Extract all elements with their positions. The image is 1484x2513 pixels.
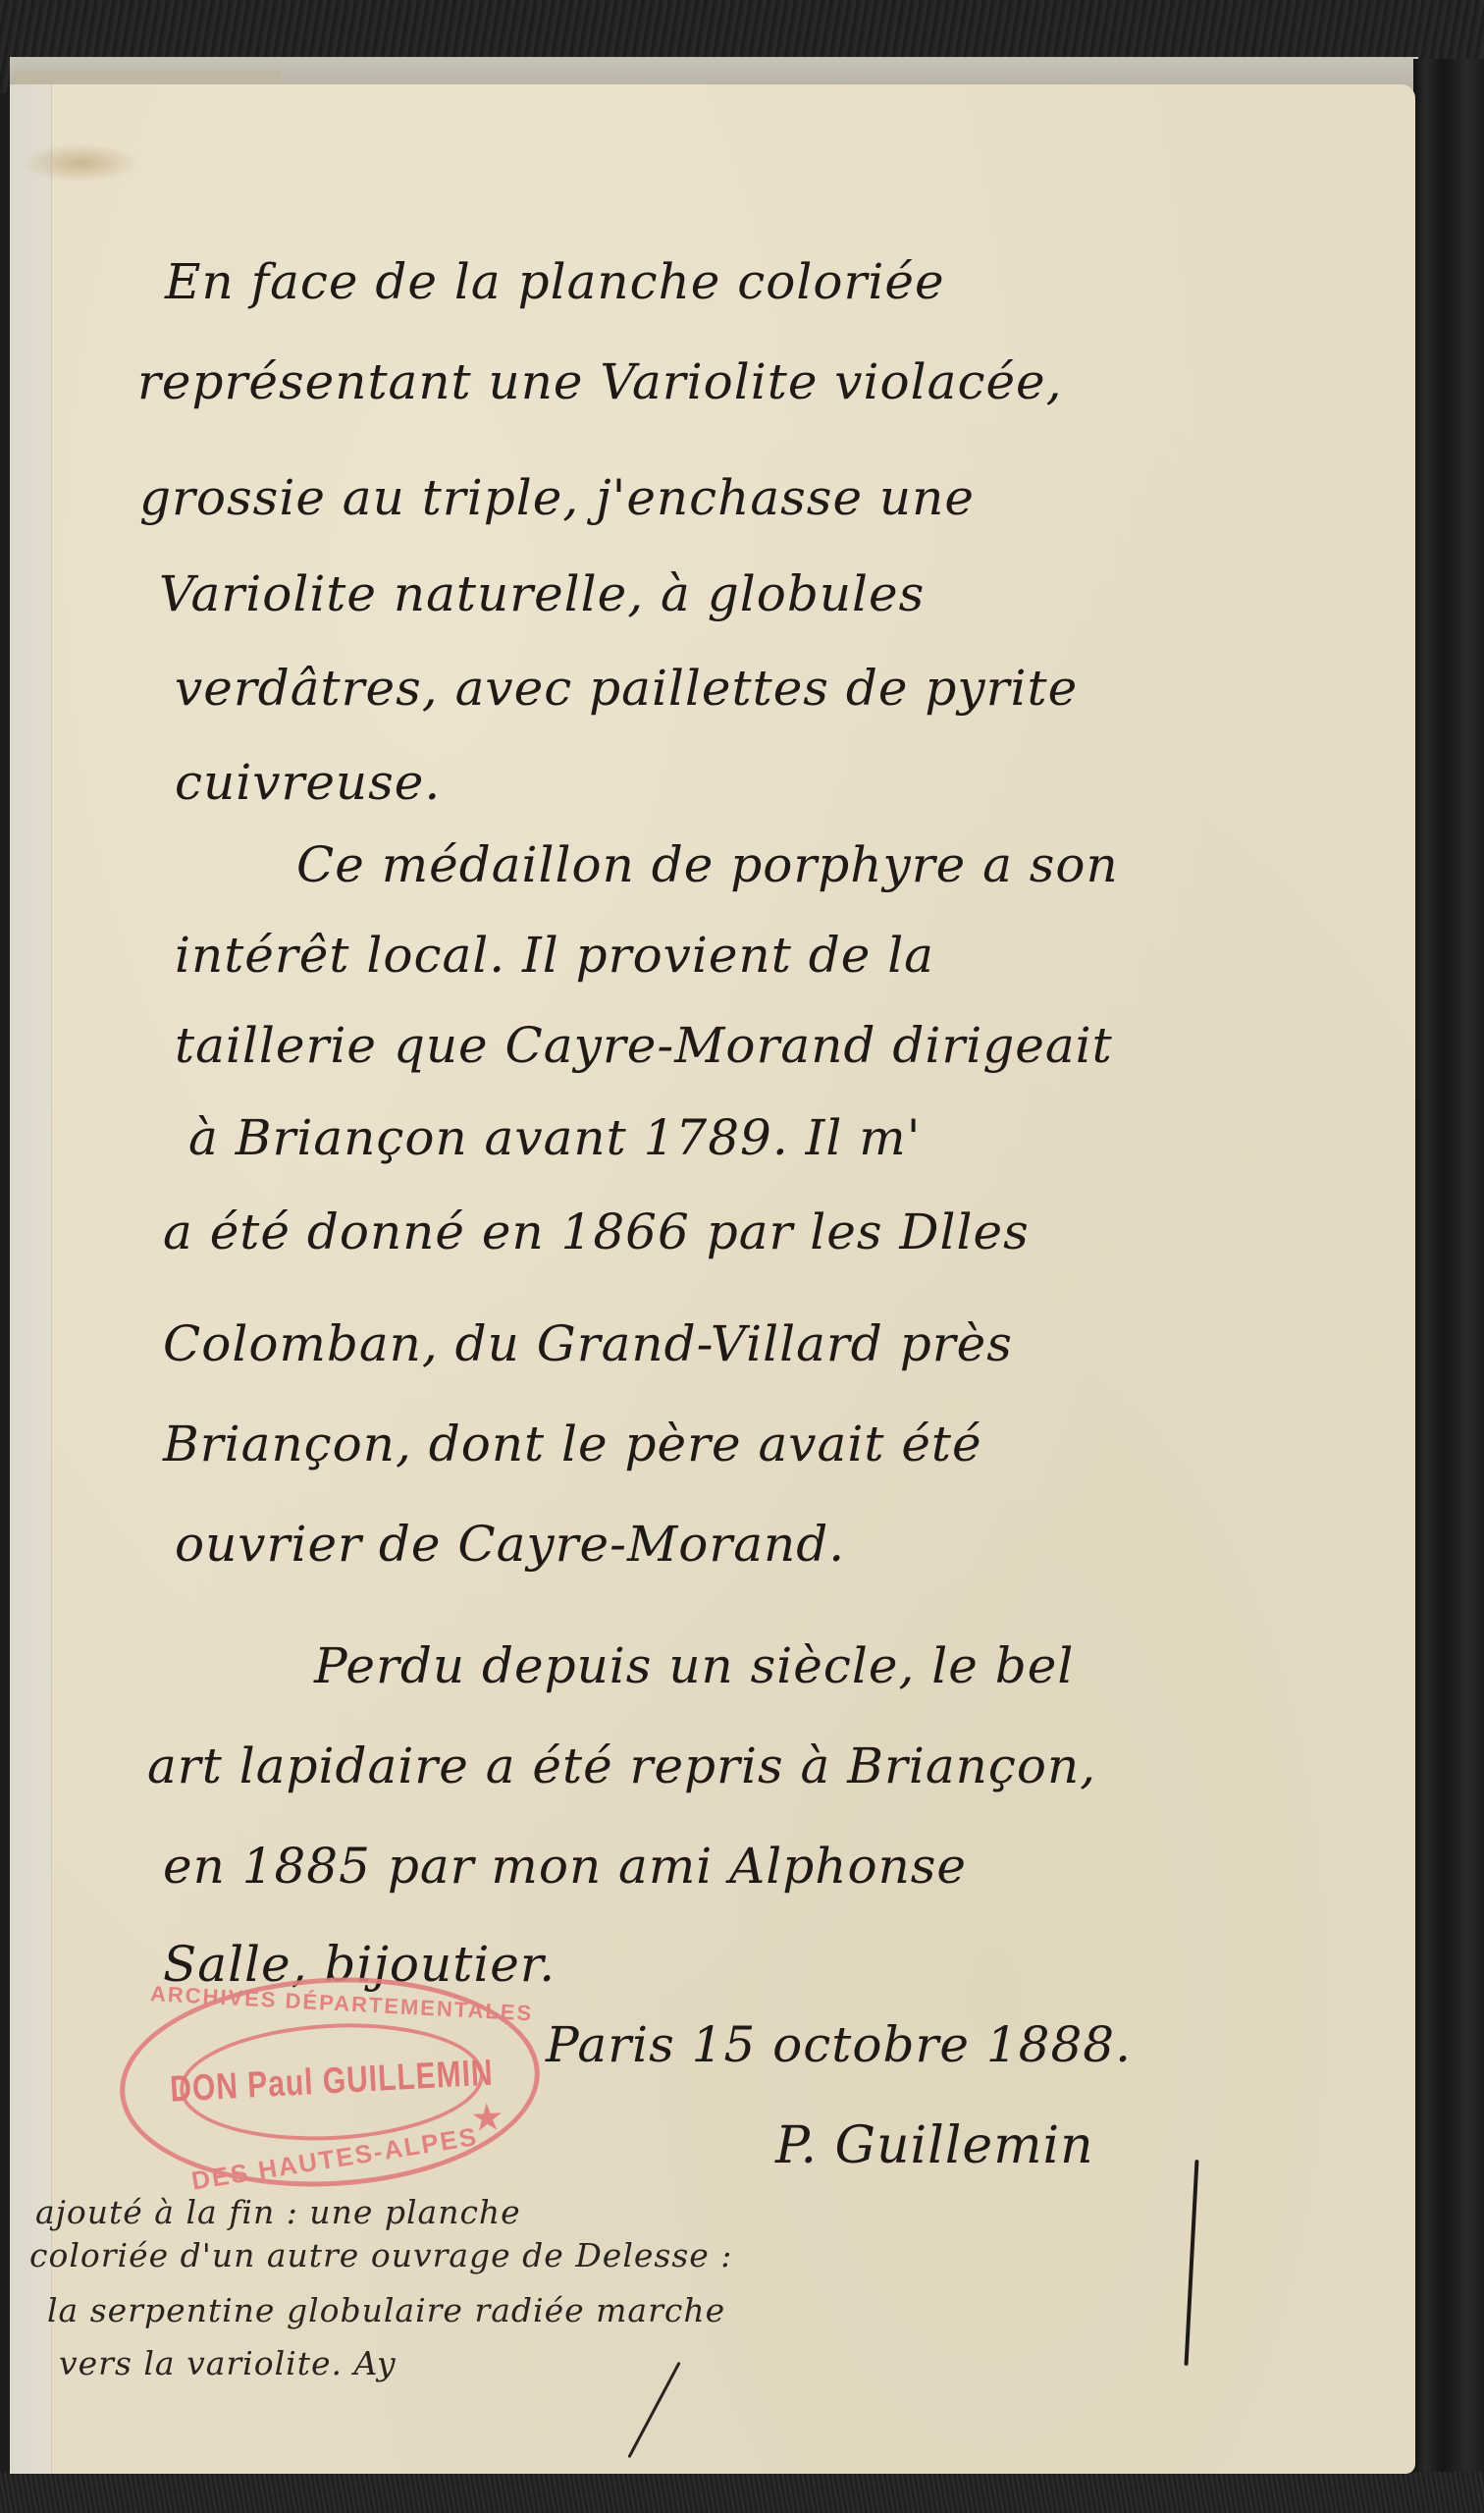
body-line: en 1885 par mon ami Alphonse [163,1838,967,1895]
body-line: intérêt local. Il provient de la [175,927,934,984]
body-line: à Briançon avant 1789. Il m' [188,1109,921,1166]
book-binding-bottom [0,2472,1484,2513]
body-line: En face de la planche coloriée [165,253,945,310]
body-line: grossie au triple, j'enchasse une [139,469,975,526]
body-line: ouvrier de Cayre-Morand. [175,1516,845,1573]
body-line: art lapidaire a été repris à Briançon, [147,1738,1096,1794]
body-line: représentant une Variolite violacée, [137,353,1063,410]
note-line: la serpentine globulaire radiée marche [47,2291,725,2329]
body-line: Briançon, dont le père avait été [163,1416,982,1472]
note-line: ajouté à la fin : une planche [35,2193,521,2231]
body-line: Colomban, du Grand-Villard près [163,1315,1013,1372]
body-line: cuivreuse. [175,754,441,811]
star-icon: ★ [471,2098,503,2139]
book-binding-right [1413,59,1484,2513]
body-line: Perdu depuis un siècle, le bel [314,1637,1074,1694]
paper-stain [22,143,139,183]
body-line: Ce médaillon de porphyre a son [296,836,1119,893]
body-line: a été donné en 1866 par les Dlles [163,1203,1030,1260]
note-line: vers la variolite. Ay [59,2344,397,2382]
letter-date: Paris 15 octobre 1888. [546,2016,1132,2073]
body-line: taillerie que Cayre-Morand dirigeait [175,1017,1113,1074]
note-line: coloriée d'un autre ouvrage de Delesse : [29,2236,732,2274]
body-line: verdâtres, avec paillettes de pyrite [175,660,1078,717]
guard-strip [10,84,52,2474]
page-stack-inner-edge [14,71,281,85]
signature: P. Guillemin [775,2116,1094,2175]
body-line: Variolite naturelle, à globules [159,565,925,622]
stamp-center-text: DON Paul GUILLEMIN [169,2053,494,2112]
